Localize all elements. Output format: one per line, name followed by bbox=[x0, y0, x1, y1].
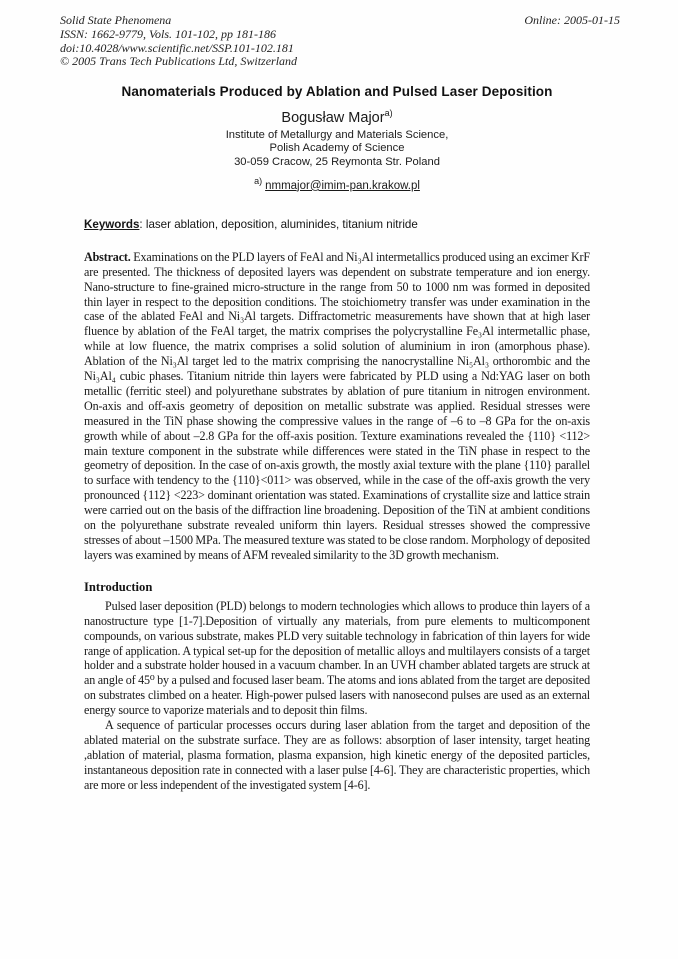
author-name: Bogusław Major bbox=[281, 110, 384, 126]
keywords-label: Keywords bbox=[84, 218, 139, 231]
article-title: Nanomaterials Produced by Ablation and P… bbox=[84, 84, 590, 99]
affiliation-block: Institute of Metallurgy and Materials Sc… bbox=[84, 129, 590, 169]
abstract-label: Abstract. bbox=[84, 250, 131, 264]
title-block: Nanomaterials Produced by Ablation and P… bbox=[84, 84, 590, 192]
email-line: a)nmmajor@imim-pan.krakow.pl bbox=[84, 180, 590, 192]
author-affiliation-mark: a) bbox=[385, 108, 393, 118]
issn-line: ISSN: 1662-9779, Vols. 101-102, pp 181-1… bbox=[60, 28, 297, 42]
online-date: Online: 2005-01-15 bbox=[524, 14, 620, 28]
copyright-line: © 2005 Trans Tech Publications Ltd, Swit… bbox=[60, 55, 297, 69]
keywords-text: : laser ablation, deposition, aluminides… bbox=[139, 218, 417, 231]
doi-line: doi:10.4028/www.scientific.net/SSP.101-1… bbox=[60, 42, 297, 56]
affiliation-line-1: Institute of Metallurgy and Materials Sc… bbox=[84, 129, 590, 142]
paper-page: Solid State Phenomena ISSN: 1662-9779, V… bbox=[0, 0, 678, 959]
abstract-paragraph: Abstract. Examinations on the PLD layers… bbox=[84, 250, 590, 563]
journal-header: Solid State Phenomena ISSN: 1662-9779, V… bbox=[0, 0, 678, 69]
section-heading-introduction: Introduction bbox=[84, 580, 590, 595]
introduction-paragraph-1: Pulsed laser deposition (PLD) belongs to… bbox=[84, 599, 590, 718]
abstract-text: Examinations on the PLD layers of FeAl a… bbox=[84, 250, 590, 562]
affiliation-line-2: Polish Academy of Science bbox=[84, 142, 590, 155]
introduction-paragraph-2: A sequence of particular processes occur… bbox=[84, 718, 590, 793]
email-link[interactable]: nmmajor@imim-pan.krakow.pl bbox=[265, 180, 420, 192]
keywords-line: Keywords: laser ablation, deposition, al… bbox=[84, 218, 590, 231]
email-affiliation-mark: a) bbox=[254, 176, 262, 186]
affiliation-line-3: 30-059 Cracow, 25 Reymonta Str. Poland bbox=[84, 156, 590, 169]
author-line: Bogusław Majora) bbox=[84, 110, 590, 126]
journal-name: Solid State Phenomena bbox=[60, 14, 297, 28]
journal-meta: Solid State Phenomena ISSN: 1662-9779, V… bbox=[60, 14, 297, 69]
content-column: Nanomaterials Produced by Ablation and P… bbox=[84, 84, 590, 792]
